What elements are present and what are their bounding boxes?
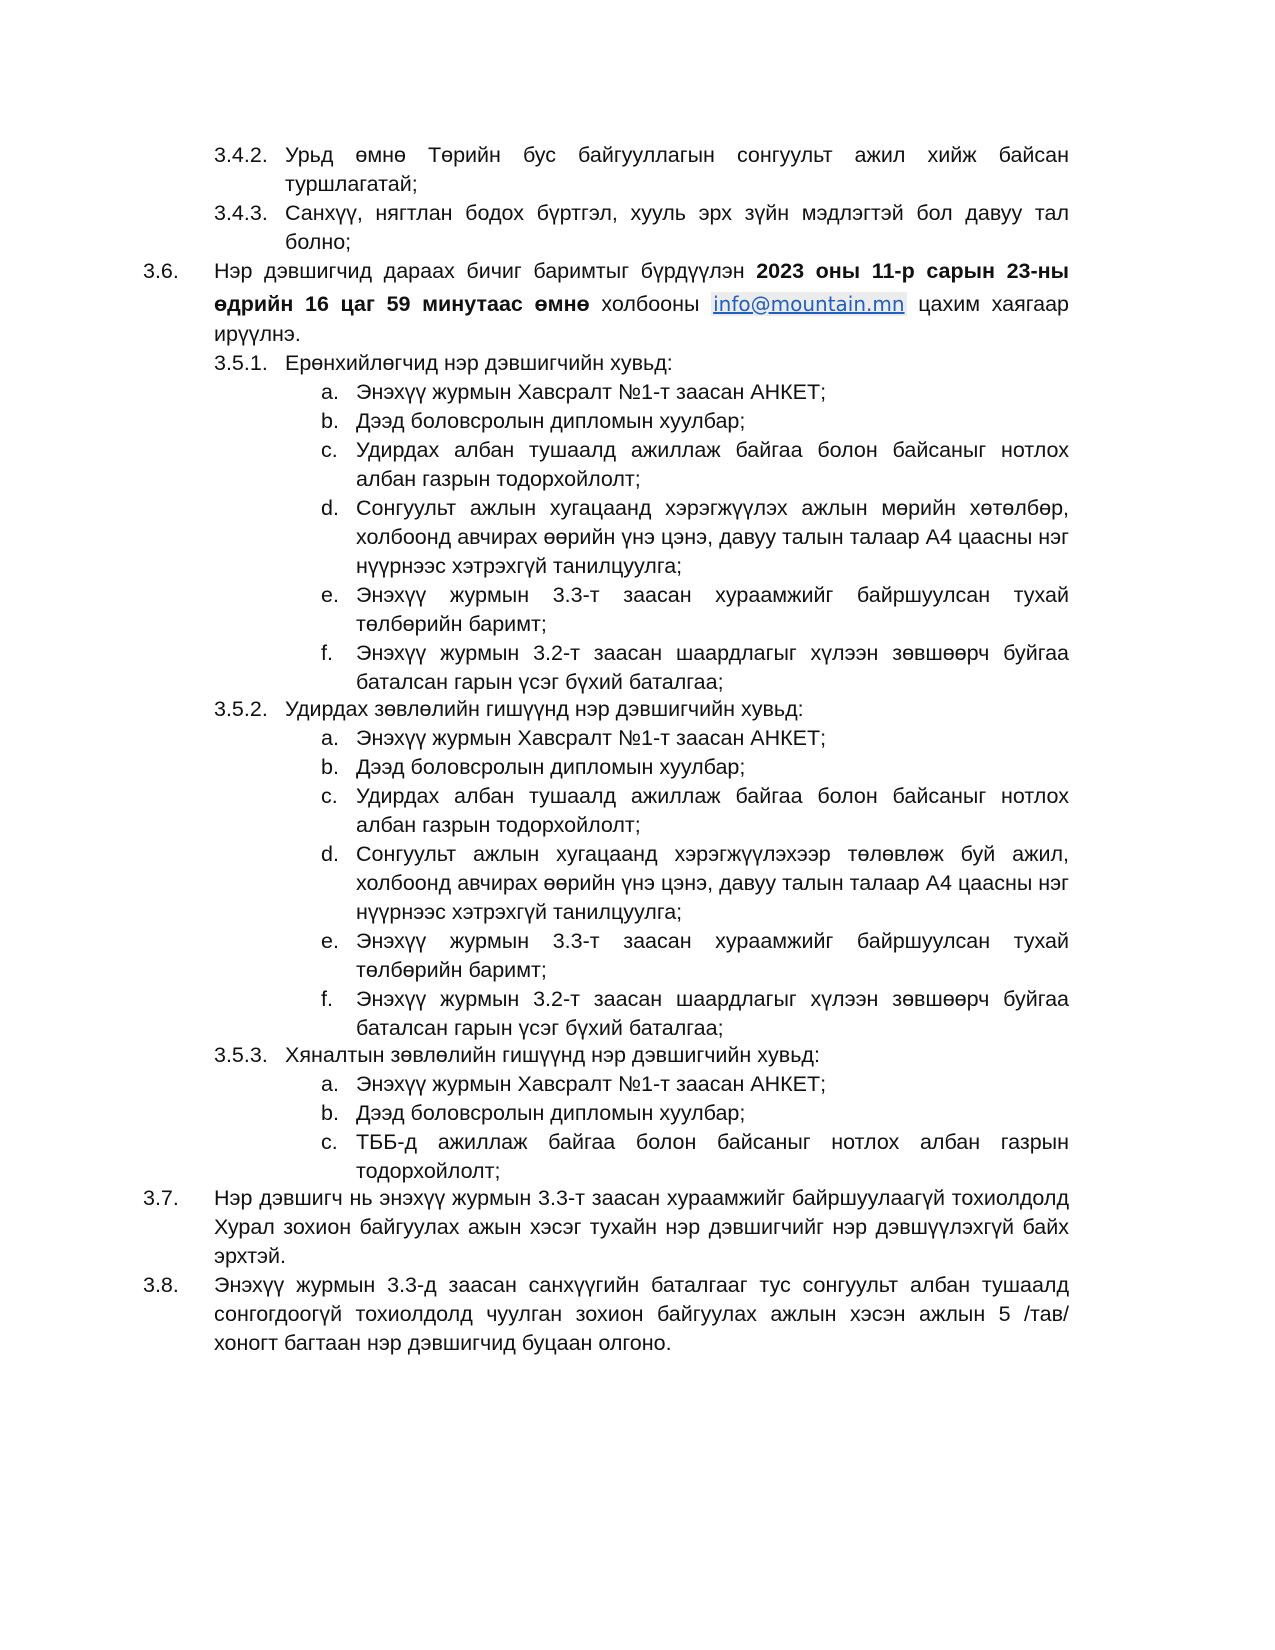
section-3-6-number: 3.6. bbox=[143, 257, 179, 286]
section-3-4-3-line: болно; bbox=[285, 228, 351, 257]
list-item-line: Энэхүү журмын Хавсралт №1-т заасан АНКЕТ… bbox=[356, 1070, 826, 1099]
list-item-line: албан газрын тодорхойлолт; bbox=[356, 811, 641, 840]
text: цахим хаягаар bbox=[907, 292, 1069, 316]
list-item-line: холбоонд авчирах өөрийн үнэ цэнэ, давуу … bbox=[356, 869, 1069, 898]
document-page: 3.4.2.Урьд өмнө Төрийн бус байгууллагын … bbox=[0, 0, 1275, 1650]
list-item-line: Сонгуульт ажлын хугацаанд хэрэгжүүлэхээр… bbox=[356, 840, 1069, 869]
text: холбооны bbox=[590, 292, 711, 316]
section-3-6-line: Нэр дэвшигчид дараах бичиг баримтыг бүрд… bbox=[214, 257, 1069, 286]
list-item-line: албан газрын тодорхойлолт; bbox=[356, 465, 641, 494]
section-3-4-2-line: туршлагатай; bbox=[285, 170, 418, 199]
subsection-number: 3.5.1. bbox=[214, 349, 268, 378]
section-3-7-line: эрхтэй. bbox=[214, 1242, 286, 1271]
list-item-line: баталсан гарын үсэг бүхий баталгаа; bbox=[356, 668, 724, 697]
list-item-line: Дээд боловсролын дипломын хуулбар; bbox=[356, 1099, 745, 1128]
section-3-4-2-line: Урьд өмнө Төрийн бус байгууллагын сонгуу… bbox=[285, 141, 1069, 170]
list-item-line: нүүрнээс хэтрэхгүй танилцуулга; bbox=[356, 552, 682, 581]
list-item-line: Удирдах албан тушаалд ажиллаж байгаа бол… bbox=[356, 782, 1069, 811]
list-item-line: Энэхүү журмын 3.3-т заасан хураамжийг ба… bbox=[356, 927, 1069, 956]
list-item-letter: d. bbox=[321, 494, 339, 523]
list-item-letter: b. bbox=[321, 407, 339, 436]
list-item-line: холбоонд авчирах өөрийн үнэ цэнэ, давуу … bbox=[356, 523, 1069, 552]
list-item-letter: e. bbox=[321, 581, 339, 610]
section-3-6-line: ирүүлнэ. bbox=[214, 320, 301, 349]
list-item-letter: a. bbox=[321, 724, 339, 753]
deadline-time: өдрийн 16 цаг 59 минутаас өмнө bbox=[214, 292, 590, 316]
subsection-number: 3.5.2. bbox=[214, 695, 268, 724]
list-item-line: нүүрнээс хэтрэхгүй танилцуулга; bbox=[356, 898, 682, 927]
list-item-letter: f. bbox=[321, 985, 333, 1014]
section-3-7-number: 3.7. bbox=[143, 1184, 179, 1213]
list-item-line: Удирдах албан тушаалд ажиллаж байгаа бол… bbox=[356, 436, 1069, 465]
list-item-line: Дээд боловсролын дипломын хуулбар; bbox=[356, 753, 745, 782]
list-item-line: Сонгуульт ажлын хугацаанд хэрэгжүүлэх аж… bbox=[356, 494, 1069, 523]
text: Нэр дэвшигчид дараах бичиг баримтыг бүрд… bbox=[214, 259, 756, 283]
list-item-letter: c. bbox=[321, 1128, 338, 1157]
list-item-letter: c. bbox=[321, 436, 338, 465]
list-item-letter: d. bbox=[321, 840, 339, 869]
section-3-4-2-number: 3.4.2. bbox=[214, 141, 268, 170]
section-3-6-line: өдрийн 16 цаг 59 минутаас өмнө холбооны … bbox=[214, 290, 1069, 319]
list-item-line: Энэхүү журмын Хавсралт №1-т заасан АНКЕТ… bbox=[356, 724, 826, 753]
list-item-letter: b. bbox=[321, 1099, 339, 1128]
list-item-line: баталсан гарын үсэг бүхий баталгаа; bbox=[356, 1014, 724, 1043]
list-item-letter: a. bbox=[321, 378, 339, 407]
list-item-line: тодорхойлолт; bbox=[356, 1157, 500, 1186]
section-3-7-line: Нэр дэвшигч нь энэхүү журмын 3.3-т зааса… bbox=[214, 1184, 1069, 1213]
list-item-line: төлбөрийн баримт; bbox=[356, 610, 547, 639]
email-link[interactable]: info@mountain.mn bbox=[711, 292, 906, 316]
list-item-line: Энэхүү журмын Хавсралт №1-т заасан АНКЕТ… bbox=[356, 378, 826, 407]
deadline-date: 2023 оны 11-р сарын 23-ны bbox=[756, 259, 1069, 283]
subsection-title: Ерөнхийлөгчид нэр дэвшигчийн хувьд: bbox=[285, 349, 673, 378]
section-3-8-line: Энэхүү журмын 3.3-д заасан санхүүгийн ба… bbox=[214, 1271, 1069, 1300]
subsection-number: 3.5.3. bbox=[214, 1041, 268, 1070]
subsection-title: Удирдах зөвлөлийн гишүүнд нэр дэвшигчийн… bbox=[285, 695, 804, 724]
list-item-line: Энэхүү журмын 3.2-т заасан шаардлагыг хү… bbox=[356, 985, 1069, 1014]
list-item-letter: f. bbox=[321, 639, 333, 668]
section-3-8-line: сонгогдоогүй тохиолдолд чуулган зохион б… bbox=[214, 1300, 1069, 1329]
section-3-4-3-line: Санхүү, нягтлан бодох бүртгэл, хууль эрх… bbox=[285, 199, 1069, 228]
section-3-4-3-number: 3.4.3. bbox=[214, 199, 268, 228]
section-3-8-number: 3.8. bbox=[143, 1271, 179, 1300]
section-3-8-line: хоногт багтаан нэр дэвшигчид буцаан олго… bbox=[214, 1329, 672, 1358]
list-item-line: төлбөрийн баримт; bbox=[356, 956, 547, 985]
subsection-title: Хяналтын зөвлөлийн гишүүнд нэр дэвшигчий… bbox=[285, 1041, 820, 1070]
list-item-letter: b. bbox=[321, 753, 339, 782]
section-3-7-line: Хурал зохион байгуулах ажын хэсэг тухайн… bbox=[214, 1213, 1069, 1242]
list-item-line: Энэхүү журмын 3.3-т заасан хураамжийг ба… bbox=[356, 581, 1069, 610]
list-item-line: Энэхүү журмын 3.2-т заасан шаардлагыг хү… bbox=[356, 639, 1069, 668]
list-item-letter: a. bbox=[321, 1070, 339, 1099]
list-item-letter: e. bbox=[321, 927, 339, 956]
list-item-letter: c. bbox=[321, 782, 338, 811]
list-item-line: Дээд боловсролын дипломын хуулбар; bbox=[356, 407, 745, 436]
list-item-line: ТББ-д ажиллаж байгаа болон байсаныг нотл… bbox=[356, 1128, 1069, 1157]
